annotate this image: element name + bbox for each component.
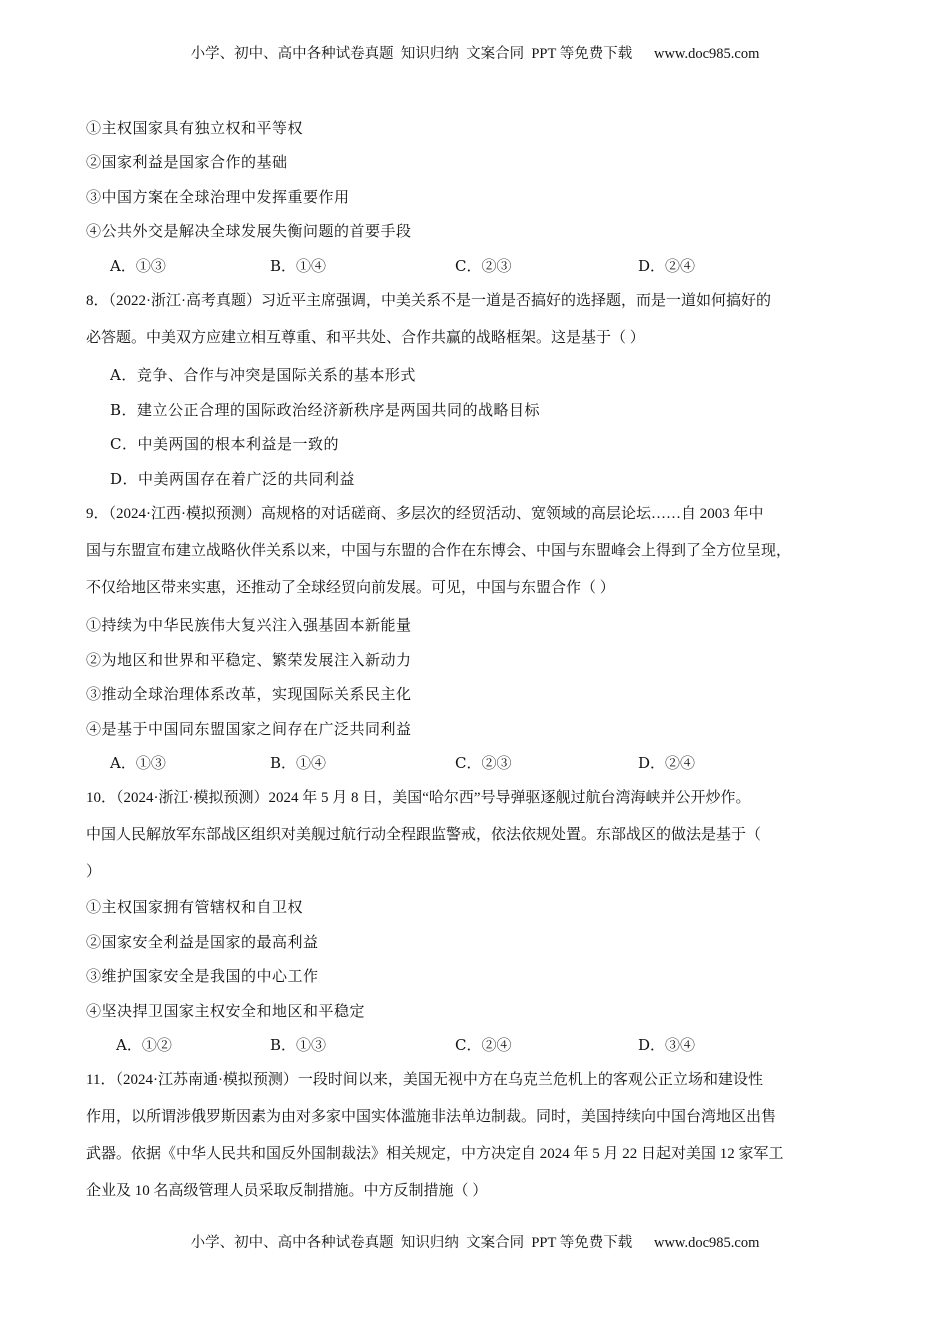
question-stem-line: 11．（2024·江苏南通·模拟预测）一段时间以来，美国无视中方在乌克兰危机上的… [86,1070,763,1090]
option-d: D．中美两国存在着广泛的共同利益 [110,469,355,489]
option-c: C．②④ [455,1035,511,1055]
question-stem-line: 武器。依据《中华人民共和国反外国制裁法》相关规定，中方决定自 2024 年 5 … [86,1144,784,1164]
question-stem-line: 9．（2024·江西·模拟预测）高规格的对话磋商、多层次的经贸活动、宽领域的高层… [86,504,764,524]
question-stem-line: 国与东盟宣布建立战略伙伴关系以来，中国与东盟的合作在东博会、中国与东盟峰会上得到… [86,541,791,561]
question-stem-line: 企业及 10 名高级管理人员采取反制措施。中方反制措施（ ） [86,1181,487,1201]
statement-3: ③中国方案在全球治理中发挥重要作用 [86,187,350,207]
statement-2: ②为地区和世界和平稳定、繁荣发展注入新动力 [86,650,412,670]
statement-3: ③维护国家安全是我国的中心工作 [86,966,319,986]
option-d: D．②④ [638,753,695,773]
page-header-banner: 小学、初中、高中各种试卷真题 知识归纳 文案合同 PPT 等免费下载 www.d… [0,42,950,63]
question-stem-line: 8．（2022·浙江·高考真题）习近平主席强调，中美关系不是一道是否搞好的选择题… [86,291,771,311]
question-stem-line: 作用，以所谓涉俄罗斯因素为由对多家中国实体滥施非法单边制裁。同时，美国持续向中国… [86,1107,776,1127]
option-d: D．③④ [638,1035,695,1055]
question-stem-line: 中国人民解放军东部战区组织对美舰过航行动全程跟监警戒，依法依规处置。东部战区的做… [86,825,761,845]
option-c: C．②③ [455,753,511,773]
question-stem-line: 不仅给地区带来实惠，还推动了全球经贸向前发展。可见，中国与东盟合作（ ） [86,578,615,598]
statement-3: ③推动全球治理体系改革，实现国际关系民主化 [86,684,412,704]
question-stem-line: 10．（2024·浙江·模拟预测）2024 年 5 月 8 日，美国“哈尔西”号… [86,788,751,808]
statement-4: ④坚决捍卫国家主权安全和地区和平稳定 [86,1001,365,1021]
statement-1: ①持续为中华民族伟大复兴注入强基固本新能量 [86,615,412,635]
page-footer-banner: 小学、初中、高中各种试卷真题 知识归纳 文案合同 PPT 等免费下载 www.d… [0,1231,950,1252]
statement-2: ②国家利益是国家合作的基础 [86,152,288,172]
option-c: C．中美两国的根本利益是一致的 [110,434,339,454]
option-a: A．①② [116,1035,172,1055]
option-d: D．②④ [638,256,695,276]
statement-4: ④是基于中国同东盟国家之间存在广泛共同利益 [86,719,412,739]
option-a: A．①③ [110,753,166,773]
option-a: A．竞争、合作与冲突是国际关系的基本形式 [110,365,416,385]
question-stem-line: 必答题。中美双方应建立相互尊重、和平共处、合作共赢的战略框架。这是基于（ ） [86,328,645,348]
option-a: A．①③ [110,256,166,276]
option-c: C．②③ [455,256,511,276]
statement-1: ①主权国家拥有管辖权和自卫权 [86,897,303,917]
statement-2: ②国家安全利益是国家的最高利益 [86,932,319,952]
statement-4: ④公共外交是解决全球发展失衡问题的首要手段 [86,221,412,241]
statement-1: ①主权国家具有独立权和平等权 [86,118,303,138]
option-b: B．建立公正合理的国际政治经济新秩序是两国共同的战略目标 [110,400,540,420]
option-b: B．①④ [270,256,326,276]
question-stem-line: ） [86,862,101,882]
option-b: B．①③ [270,1035,326,1055]
option-b: B．①④ [270,753,326,773]
